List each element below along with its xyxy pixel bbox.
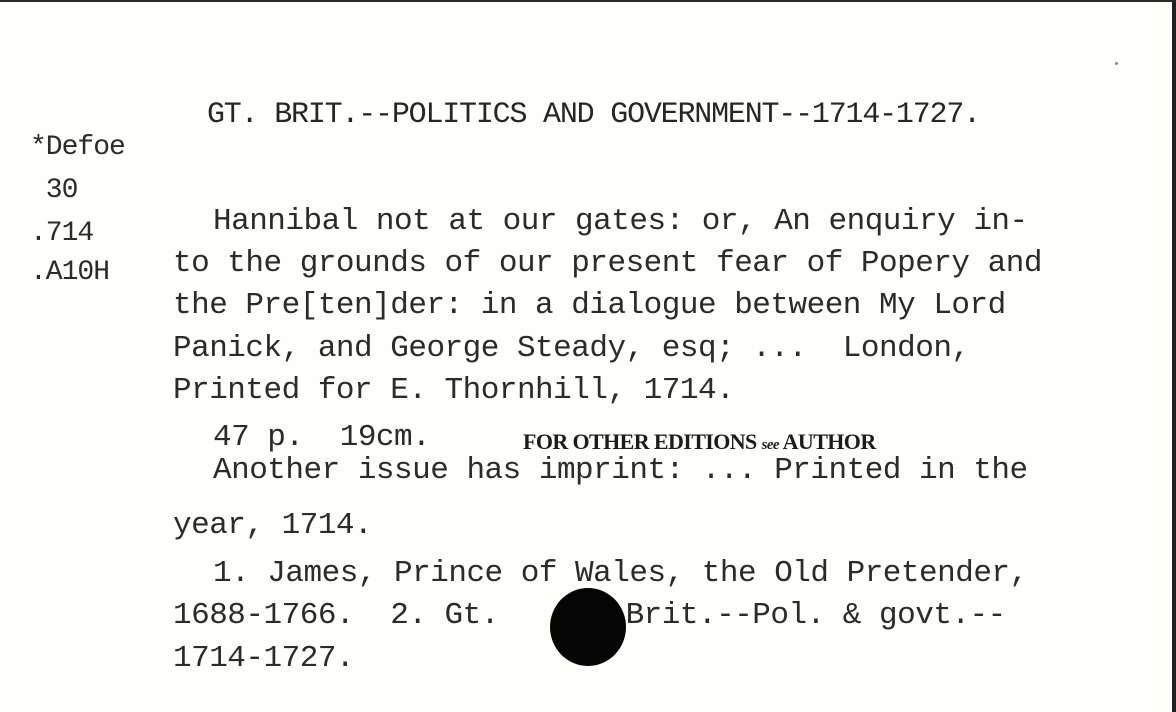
note-line-1: Another issue has imprint: ... Printed i… xyxy=(213,455,1028,486)
title-line-1: Hannibal not at our gates: or, An enquir… xyxy=(213,206,1028,237)
title-line-3: the Pre[ten]der: in a dialogue between M… xyxy=(173,290,1006,321)
stamp-see: see xyxy=(762,437,779,453)
tracing-line-3: 1714-1727. xyxy=(173,643,354,674)
tracing-line-1: 1. James, Prince of Wales, the Old Prete… xyxy=(213,558,1028,589)
call-number-line-2: 30 xyxy=(30,177,77,205)
punch-hole xyxy=(550,588,626,666)
note-line-2: year, 1714. xyxy=(173,510,372,541)
catalog-card: GT. BRIT.--POLITICS AND GOVERNMENT--1714… xyxy=(0,0,1176,712)
collation: 47 p. 19cm. xyxy=(213,422,430,453)
title-line-4: Panick, and George Steady, esq; ... Lond… xyxy=(173,333,970,364)
other-editions-stamp: FOR OTHER EDITIONS see AUTHOR xyxy=(523,429,876,455)
stamp-suffix: AUTHOR xyxy=(779,429,876,454)
call-number-line-3: .714 xyxy=(30,220,93,248)
subject-heading: GT. BRIT.--POLITICS AND GOVERNMENT--1714… xyxy=(207,100,980,130)
title-line-2: to the grounds of our present fear of Po… xyxy=(173,248,1042,279)
call-number-line-1: *Defoe xyxy=(30,134,125,162)
imprint-line: Printed for E. Thornhill, 1714. xyxy=(173,375,734,406)
stamp-prefix: FOR OTHER EDITIONS xyxy=(523,429,762,454)
paper-speck xyxy=(1115,62,1118,65)
call-number-line-4: .A10H xyxy=(30,259,109,287)
